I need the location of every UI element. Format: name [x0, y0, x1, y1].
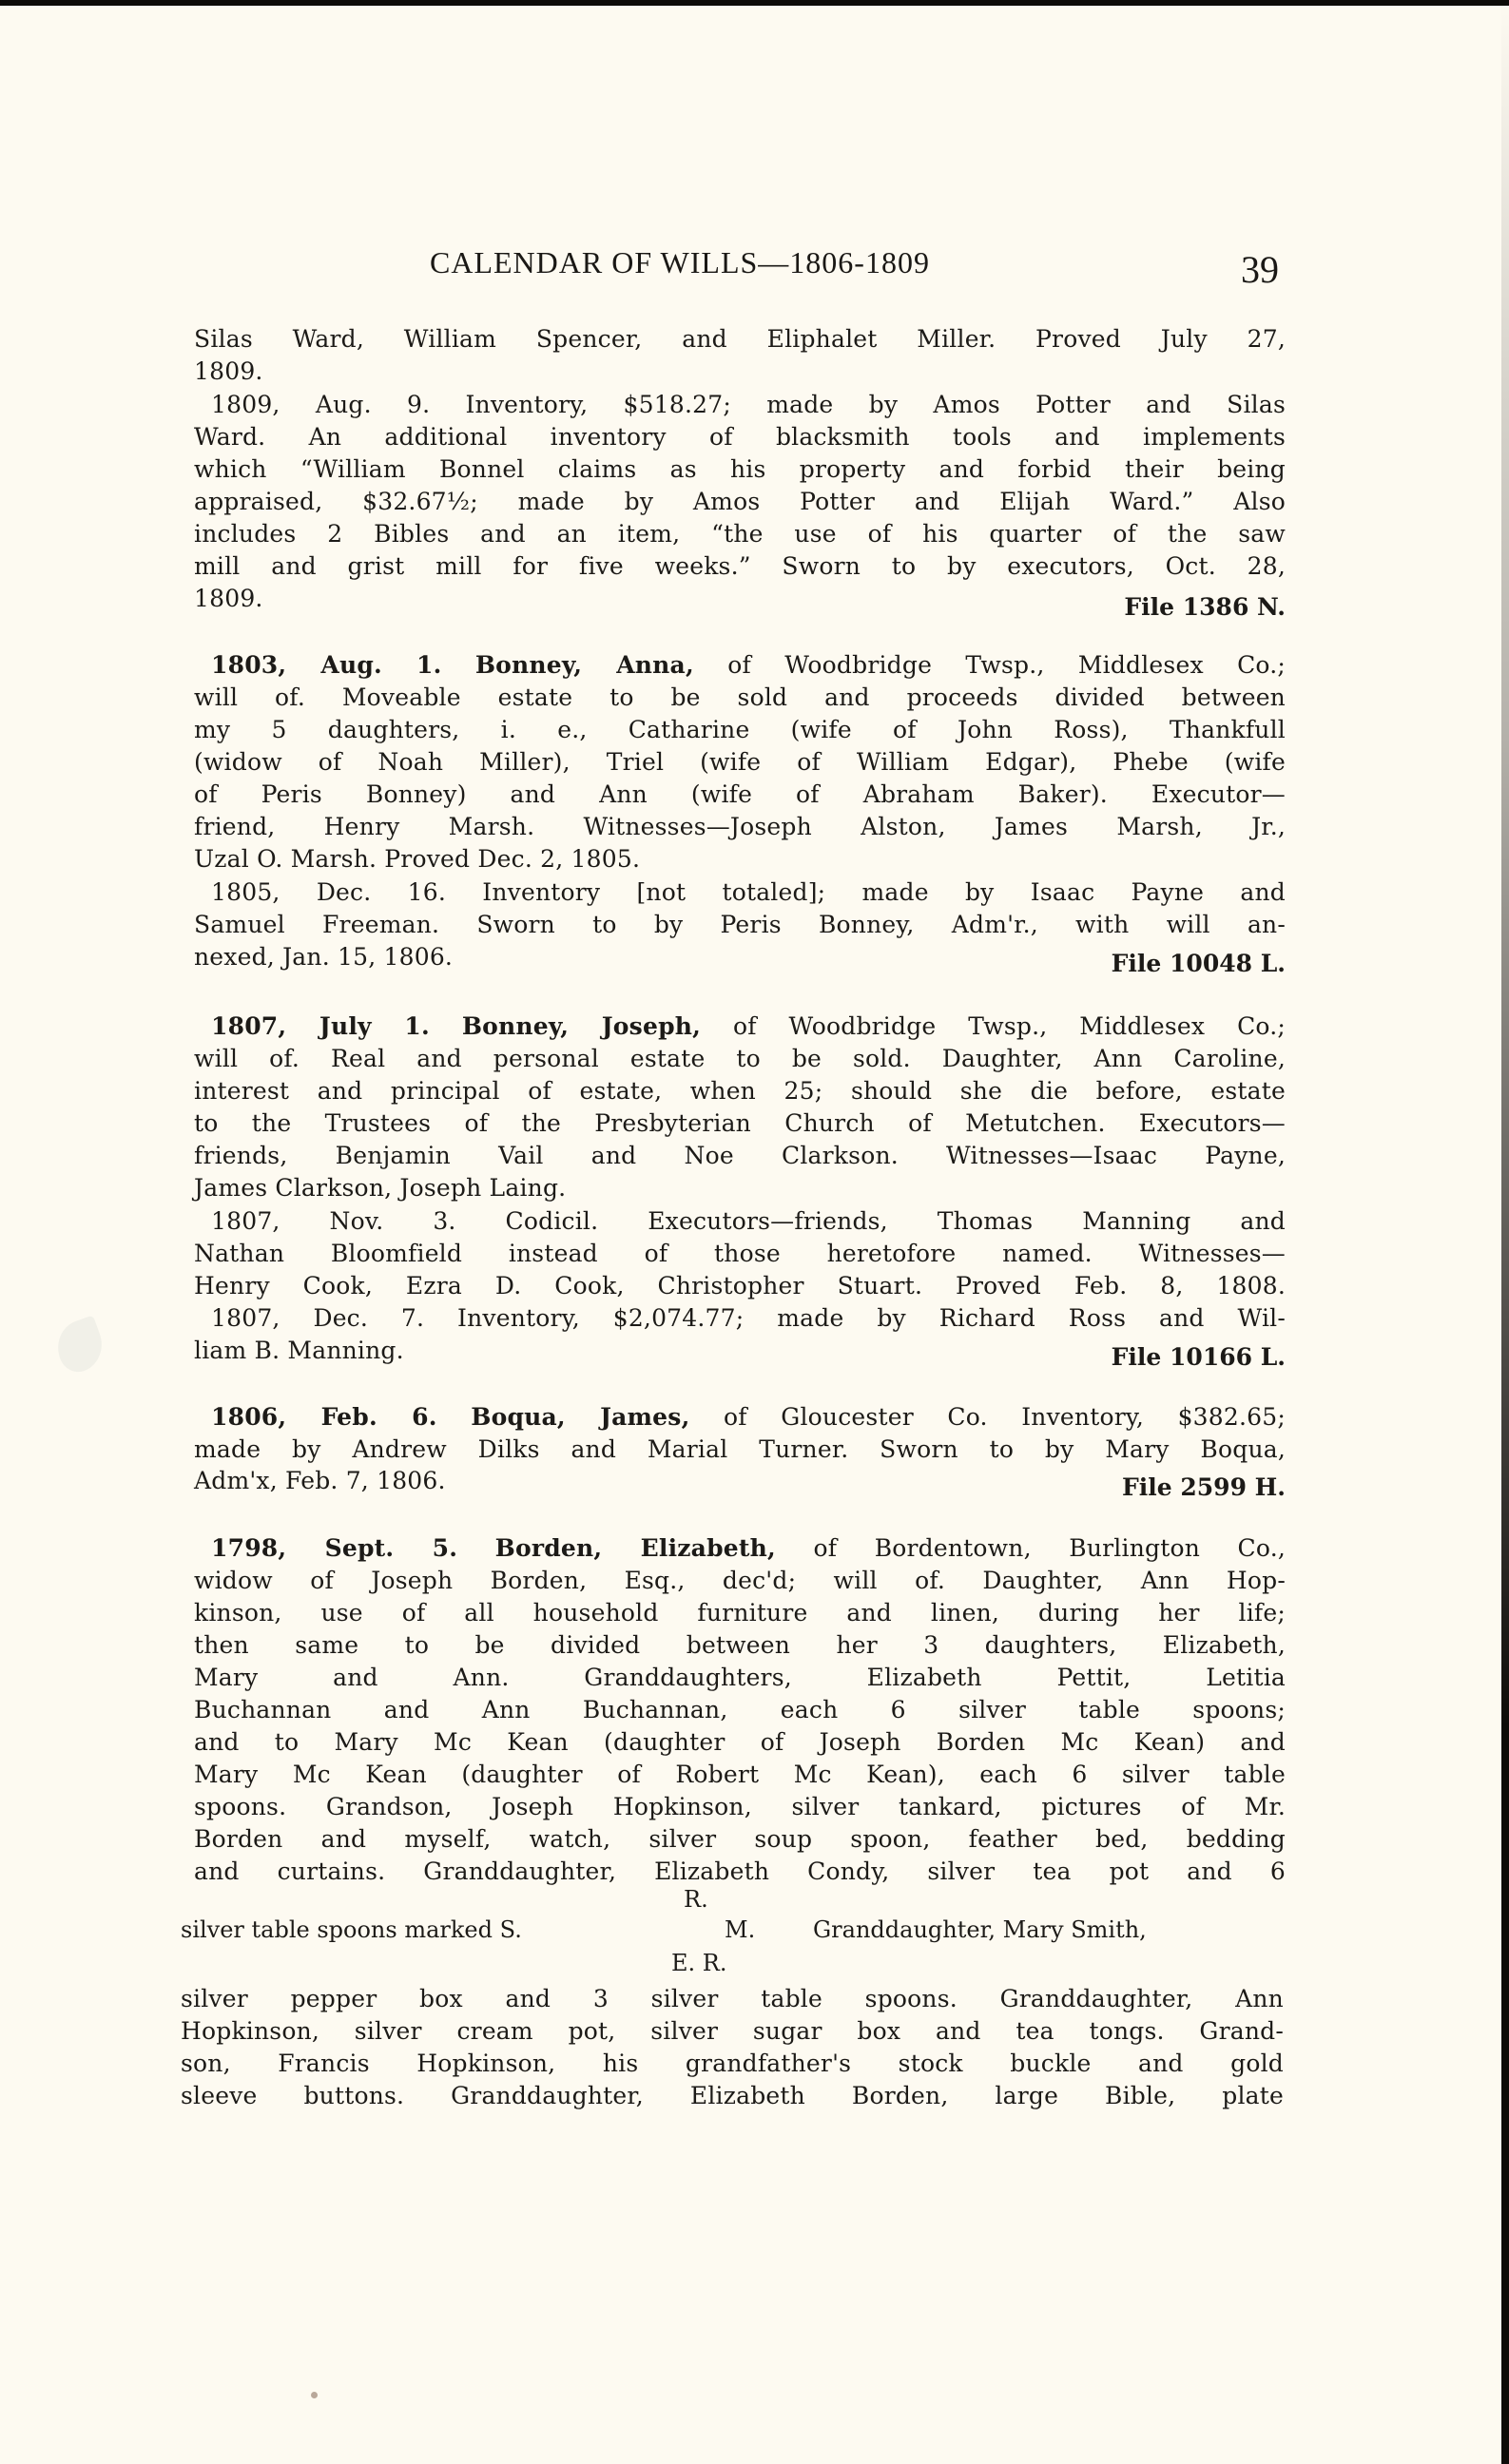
monogram-letter: M. [725, 1915, 755, 1944]
entry-date: 1798, Sept. 5. [211, 1534, 457, 1562]
entry-line: of Peris Bonney) and Ann (wife of Abraha… [194, 779, 1286, 811]
entry-line: will of. Moveable estate to be sold and … [194, 682, 1286, 714]
page-header: CALENDAR OF WILLS—1806-1809 39 [0, 245, 1509, 293]
entry-line: Buchannan and Ann Buchannan, each 6 silv… [194, 1694, 1286, 1726]
entry-line: which “William Bonnel claims as his prop… [194, 453, 1286, 486]
entry-line: 1809. [194, 356, 1286, 388]
entry-line: Borden and myself, watch, silver soup sp… [194, 1823, 1286, 1856]
entry-line: (widow of Noah Miller), Triel (wife of W… [194, 746, 1286, 779]
entry-heading-rest: of Woodbridge Twsp., Middlesex Co.; [727, 651, 1286, 679]
entry-line: my 5 daughters, i. e., Catharine (wife o… [194, 714, 1286, 746]
entry-line: interest and principal of estate, when 2… [194, 1075, 1286, 1107]
entry-date: 1806, Feb. 6. [211, 1403, 437, 1431]
file-reference: File 10166 L. [1112, 1341, 1286, 1374]
entry-name: Bonney, Joseph, [462, 1012, 701, 1040]
entry-line: appraised, $32.67½; made by Amos Potter … [194, 486, 1286, 518]
entry-line: spoons. Grandson, Joseph Hopkinson, silv… [194, 1791, 1286, 1823]
entry-line: made by Andrew Dilks and Marial Turner. … [194, 1434, 1286, 1466]
entry-name: Boqua, James, [471, 1403, 689, 1431]
entry-line: to the Trustees of the Presbyterian Chur… [194, 1107, 1286, 1140]
leaf-stain-icon [50, 1315, 110, 1376]
entry-heading-line: 1807, July 1. Bonney, Joseph, of Woodbri… [211, 1011, 1286, 1043]
monogram-superscript: E. R. [671, 1949, 726, 1977]
entry-line: Mary Mc Kean (daughter of Robert Mc Kean… [194, 1759, 1286, 1791]
entry-line: 1809. [194, 583, 1286, 615]
file-reference: File 10048 L. [1112, 948, 1286, 980]
scan-top-edge [0, 0, 1509, 6]
ink-spot [311, 2392, 318, 2398]
entry-line: Silas Ward, William Spencer, and Eliphal… [194, 323, 1286, 356]
entry-line: Hopkinson, silver cream pot, silver suga… [181, 2015, 1284, 2048]
entry-line: Samuel Freeman. Sworn to by Peris Bonney… [194, 909, 1286, 941]
entry-heading-line: 1803, Aug. 1. Bonney, Anna, of Woodbridg… [211, 649, 1286, 682]
entry-date: 1803, Aug. 1. [211, 651, 442, 679]
entry-line: sleeve buttons. Granddaughter, Elizabeth… [181, 2080, 1284, 2112]
entry-name: Borden, Elizabeth, [495, 1534, 776, 1562]
entry-date: 1807, July 1. [211, 1012, 430, 1040]
entry-line: 1809, Aug. 9. Inventory, $518.27; made b… [211, 389, 1286, 421]
file-reference: File 2599 H. [1122, 1472, 1286, 1504]
entry-name: Bonney, Anna, [475, 651, 694, 679]
entry-line: son, Francis Hopkinson, his grandfather'… [181, 2048, 1284, 2080]
file-reference: File 1386 N. [1124, 591, 1286, 624]
entry-line: Ward. An additional inventory of blacksm… [194, 421, 1286, 453]
entry-heading-line: 1806, Feb. 6. Boqua, James, of Glouceste… [211, 1401, 1286, 1434]
entry-line: 1807, Dec. 7. Inventory, $2,074.77; made… [211, 1302, 1286, 1335]
entry-line: Mary and Ann. Granddaughters, Elizabeth … [194, 1662, 1286, 1694]
entry-line: 1807, Nov. 3. Codicil. Executors—friends… [211, 1205, 1286, 1238]
entry-line: silver pepper box and 3 silver table spo… [181, 1983, 1284, 2015]
entry-heading-rest: of Bordentown, Burlington Co., [813, 1534, 1286, 1562]
monogram-superscript: R. [684, 1885, 708, 1914]
entry-line: Henry Cook, Ezra D. Cook, Christopher St… [194, 1270, 1286, 1302]
entry-line: widow of Joseph Borden, Esq., dec'd; wil… [194, 1565, 1286, 1597]
entry-line: kinson, use of all household furniture a… [194, 1597, 1286, 1629]
entry-line: Granddaughter, Mary Smith, [813, 1915, 1147, 1944]
entry-line: and to Mary Mc Kean (daughter of Joseph … [194, 1726, 1286, 1759]
entry-line: friends, Benjamin Vail and Noe Clarkson.… [194, 1140, 1286, 1172]
entry-heading-line: 1798, Sept. 5. Borden, Elizabeth, of Bor… [211, 1532, 1286, 1565]
entry-line: silver table spoons marked S. [181, 1915, 522, 1944]
scan-right-edge [1501, 0, 1509, 2464]
entry-line: will of. Real and personal estate to be … [194, 1043, 1286, 1075]
entry-line: friend, Henry Marsh. Witnesses—Joseph Al… [194, 811, 1286, 843]
entry-line: mill and grist mill for five weeks.” Swo… [194, 550, 1286, 583]
page-number: 39 [1241, 247, 1279, 292]
running-title: CALENDAR OF WILLS—1806-1809 [430, 245, 930, 280]
entry-line: 1805, Dec. 16. Inventory [not totaled]; … [211, 876, 1286, 909]
entry-line: then same to be divided between her 3 da… [194, 1629, 1286, 1662]
entry-line: Uzal O. Marsh. Proved Dec. 2, 1805. [194, 843, 1286, 876]
entry-line: James Clarkson, Joseph Laing. [194, 1172, 1286, 1204]
entry-heading-rest: of Woodbridge Twsp., Middlesex Co.; [733, 1012, 1286, 1040]
entry-heading-rest: of Gloucester Co. Inventory, $382.65; [724, 1403, 1286, 1431]
entry-line: and curtains. Granddaughter, Elizabeth C… [194, 1856, 1286, 1888]
entry-line: Nathan Bloomfield instead of those heret… [194, 1238, 1286, 1270]
entry-line: includes 2 Bibles and an item, “the use … [194, 518, 1286, 550]
